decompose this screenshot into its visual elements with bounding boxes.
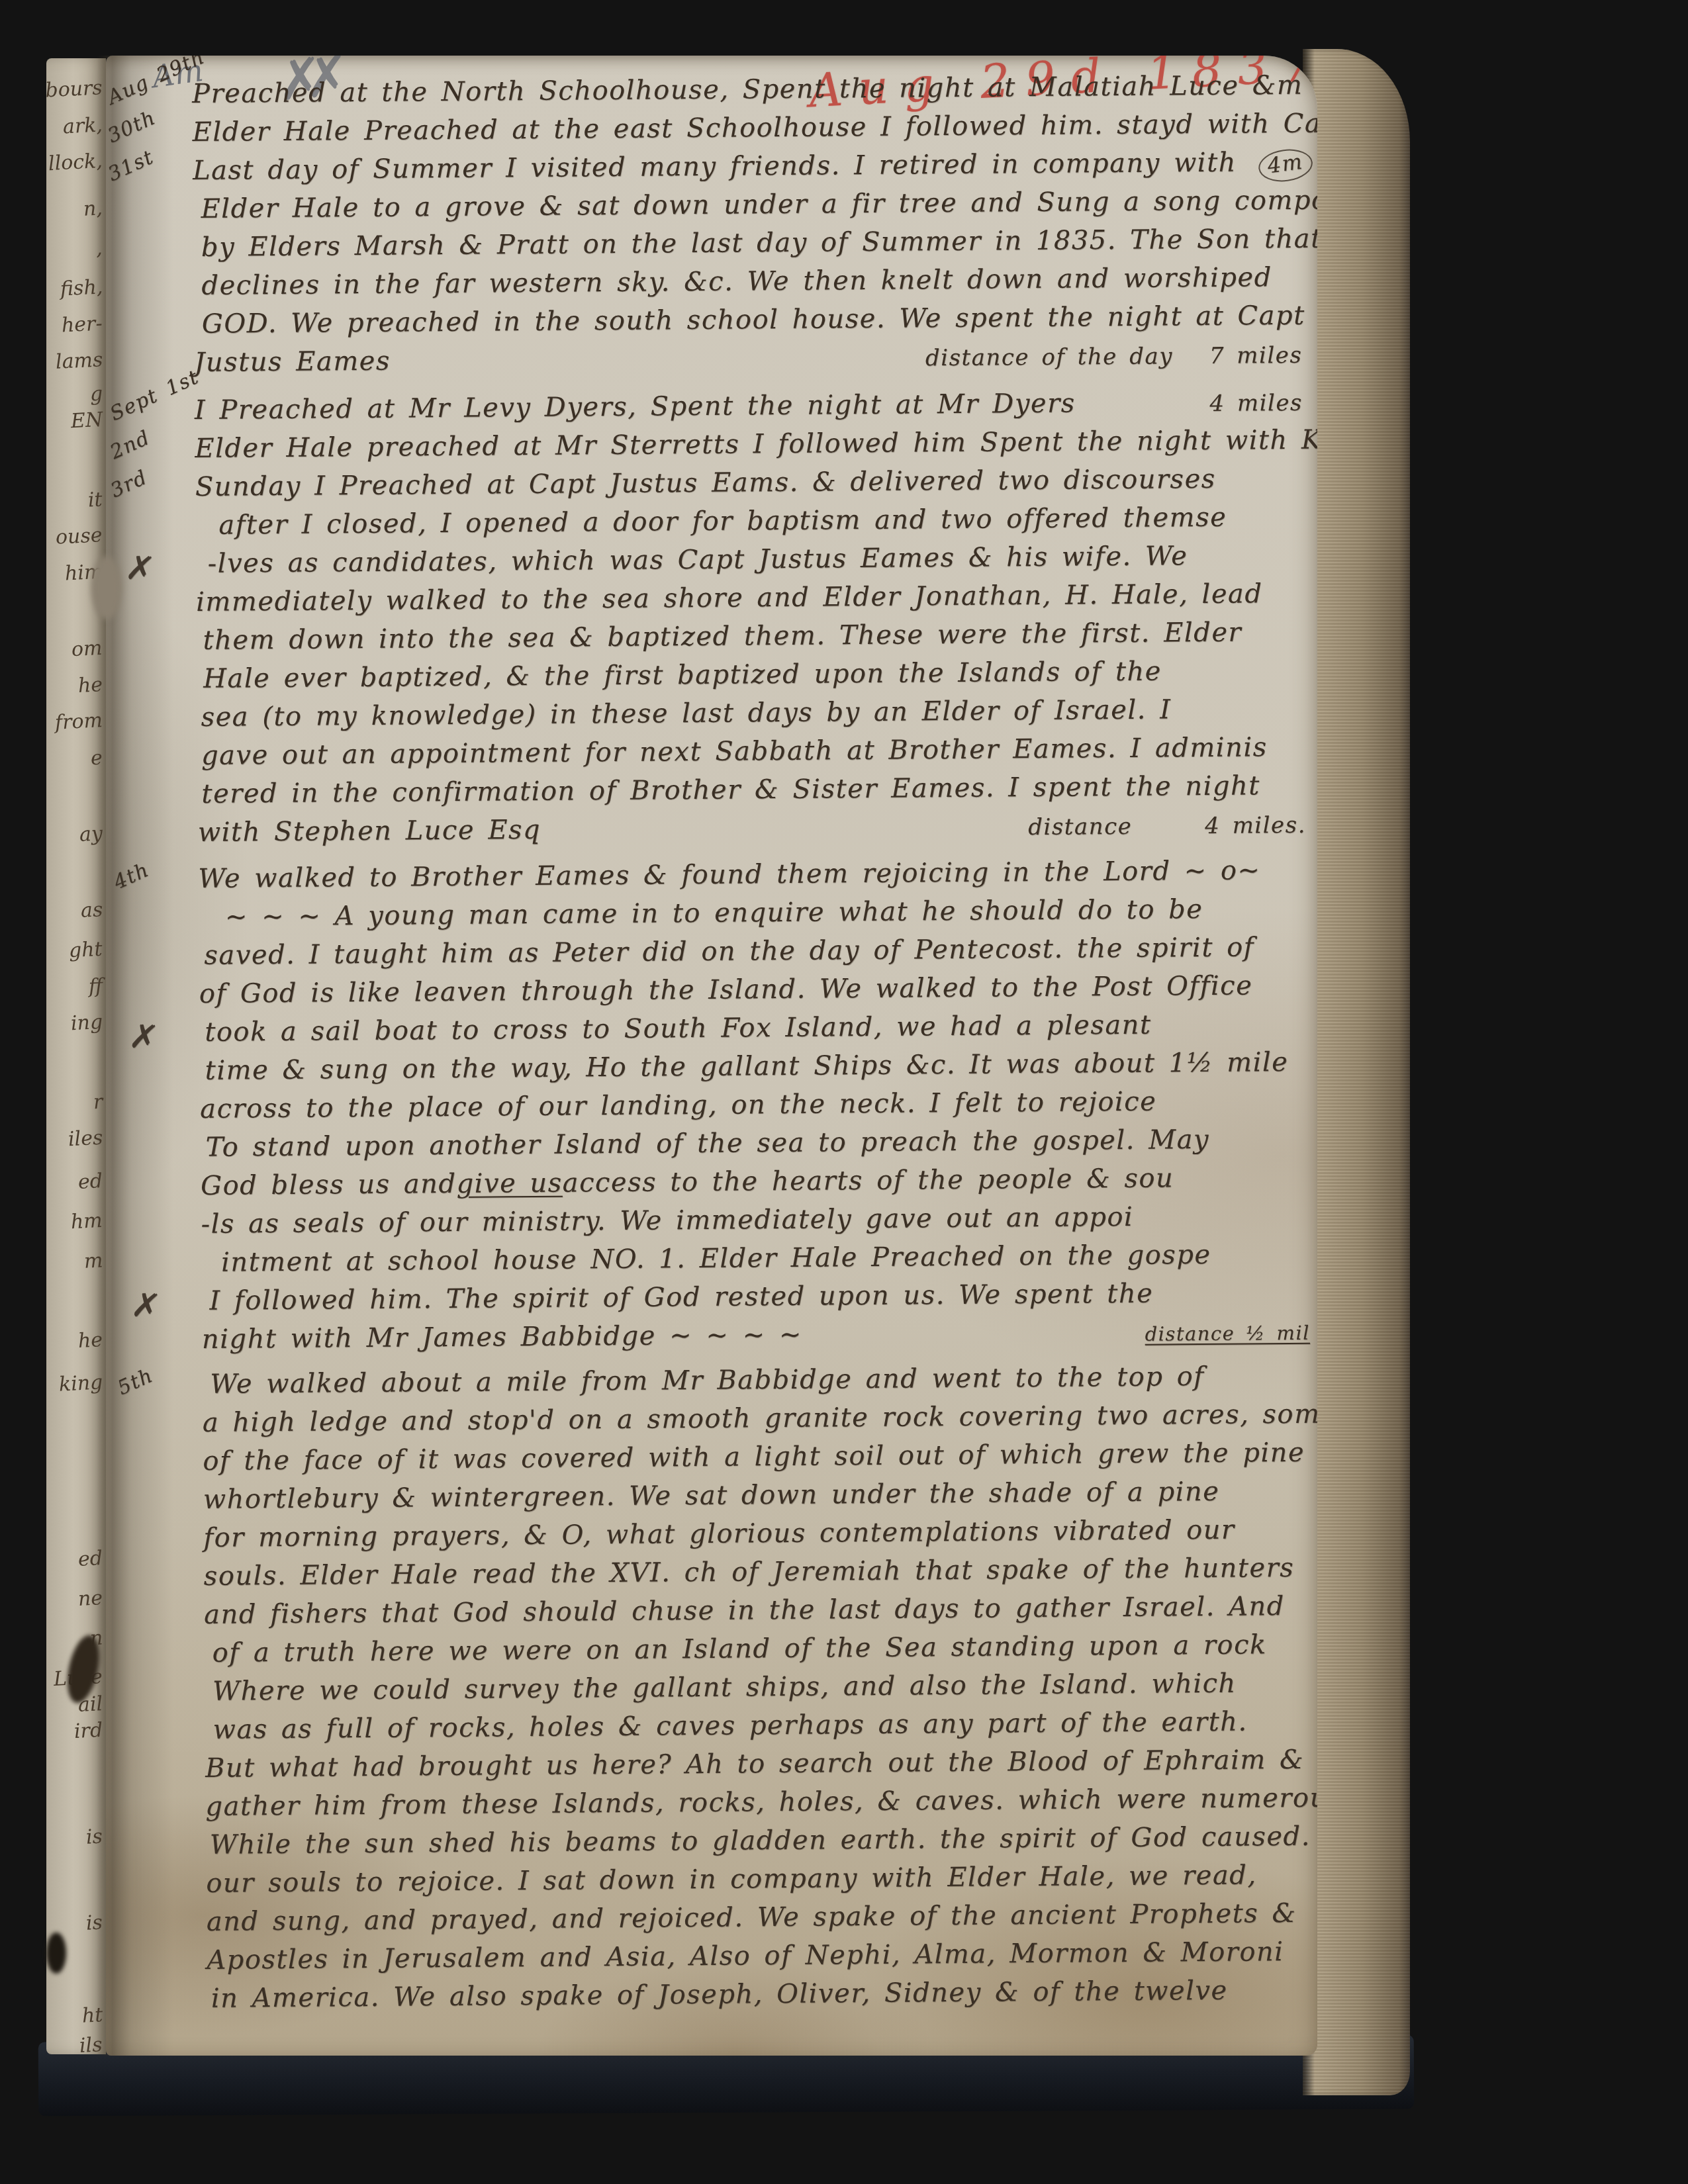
facing-page-text-fragment: ed — [77, 1169, 103, 1194]
facing-page-text-fragment: lams — [55, 348, 103, 374]
line-text: We walked to Brother Eames & found them … — [198, 855, 1260, 894]
facing-page-text-fragment: g — [89, 383, 103, 406]
facing-page-text-fragment: ht — [81, 2003, 103, 2028]
line-text: -ls as seals of our ministry. We immedia… — [201, 1202, 1133, 1240]
line-text: I followed him. The spirit of God rested… — [209, 1279, 1153, 1316]
facing-page-text-fragment: m — [83, 1249, 103, 1273]
facing-page-text-fragment: he — [77, 673, 103, 698]
entry-date-label: 4th — [110, 858, 153, 895]
distance-note: 4m — [1257, 146, 1315, 185]
facing-page-text-fragment: ed — [77, 1547, 103, 1571]
journal-text-block: Aug 29thPreached at the North Schoolhous… — [106, 70, 1317, 2023]
facing-page-text-fragment: as — [80, 898, 103, 923]
facing-page-text-fragment: ght — [69, 938, 103, 963]
distance-note: distance 4 miles. — [1028, 812, 1317, 841]
line-text: I Preached at Mr Levy Dyers, Spent the n… — [195, 388, 1076, 426]
facing-page-text-fragment: om — [71, 637, 103, 661]
line-text: Preached at the North Schoolhouse, Spent… — [192, 70, 1303, 109]
facing-page-text-fragment: ff — [88, 974, 103, 998]
facing-page-text-fragment: is — [85, 1825, 103, 1848]
line-text: Justus Eames — [194, 346, 391, 378]
line-text: took a sail boat to cross to South Fox I… — [205, 1010, 1152, 1048]
facing-page-text-fragment: king — [58, 1371, 103, 1396]
facing-page-text-fragment: , — [96, 237, 103, 260]
line-text: We walked about a mile from Mr Babbidge … — [210, 1361, 1204, 1400]
gutter-fold-artifact — [91, 556, 122, 619]
facing-page-text-fragment: EN — [70, 408, 103, 433]
facing-page-text-fragment: ouse — [56, 523, 103, 549]
facing-page-text-fragment: r-bours — [46, 76, 103, 103]
margin-x-mark: ✗ — [123, 547, 158, 590]
facing-page-text-fragment: is — [85, 1911, 103, 1934]
underlined-words: give us — [456, 1168, 563, 1199]
facing-page-text-fragment: her- — [62, 312, 103, 337]
facing-page-text-fragment: iles — [68, 1126, 103, 1152]
entry-date-label: 5th — [114, 1364, 157, 1400]
facing-page-text-fragment: he — [77, 1328, 103, 1353]
distance-note: 4 miles — [1209, 390, 1317, 417]
facing-page-text-fragment: ing — [70, 1011, 103, 1035]
journal-page: Aug 29d 1837 Am✗✗ Aug 29thPreached at th… — [106, 56, 1317, 2056]
facing-page-edge: r-boursark,llock,n,,fish,her-lamsgENitou… — [46, 58, 106, 2054]
facing-page-text-fragment: ark, — [62, 113, 103, 138]
margin-x-mark: ✗ — [129, 1285, 164, 1328]
line-text: God bless us and — [201, 1169, 457, 1201]
facing-page-text-fragment: llock, — [48, 150, 103, 175]
facing-page-text-fragment: ne — [77, 1586, 103, 1611]
line-text: access to the hearts of the people & sou — [563, 1163, 1174, 1198]
facing-page-text-fragment: e — [90, 747, 103, 770]
facing-page-text-fragment: ird — [73, 1719, 103, 1743]
page-block-deckle-edge — [1303, 49, 1410, 2095]
facing-page-text-fragment: from — [54, 709, 103, 735]
distance-note: distance of the day 7 miles — [925, 342, 1317, 372]
line-text: night with Mr James Babbidge ~ ~ ~ ~ — [202, 1320, 802, 1355]
edge-stain — [46, 1933, 66, 1974]
facing-page-text-fragment: it — [87, 488, 103, 512]
facing-page-text-fragment: r — [93, 1091, 103, 1115]
facing-page-text-fragment: fish, — [60, 275, 103, 300]
facing-page-text-fragment: n, — [83, 197, 103, 220]
line-text: with Stephen Luce Esq — [198, 815, 541, 848]
facing-page-text-fragment: ils — [79, 2033, 103, 2054]
facing-page-text-fragment: ay — [79, 822, 103, 846]
margin-x-mark: ✗ — [127, 1016, 162, 1059]
facing-page-text-fragment: hm — [70, 1209, 103, 1234]
distance-note: distance ½ mil — [1145, 1322, 1317, 1345]
